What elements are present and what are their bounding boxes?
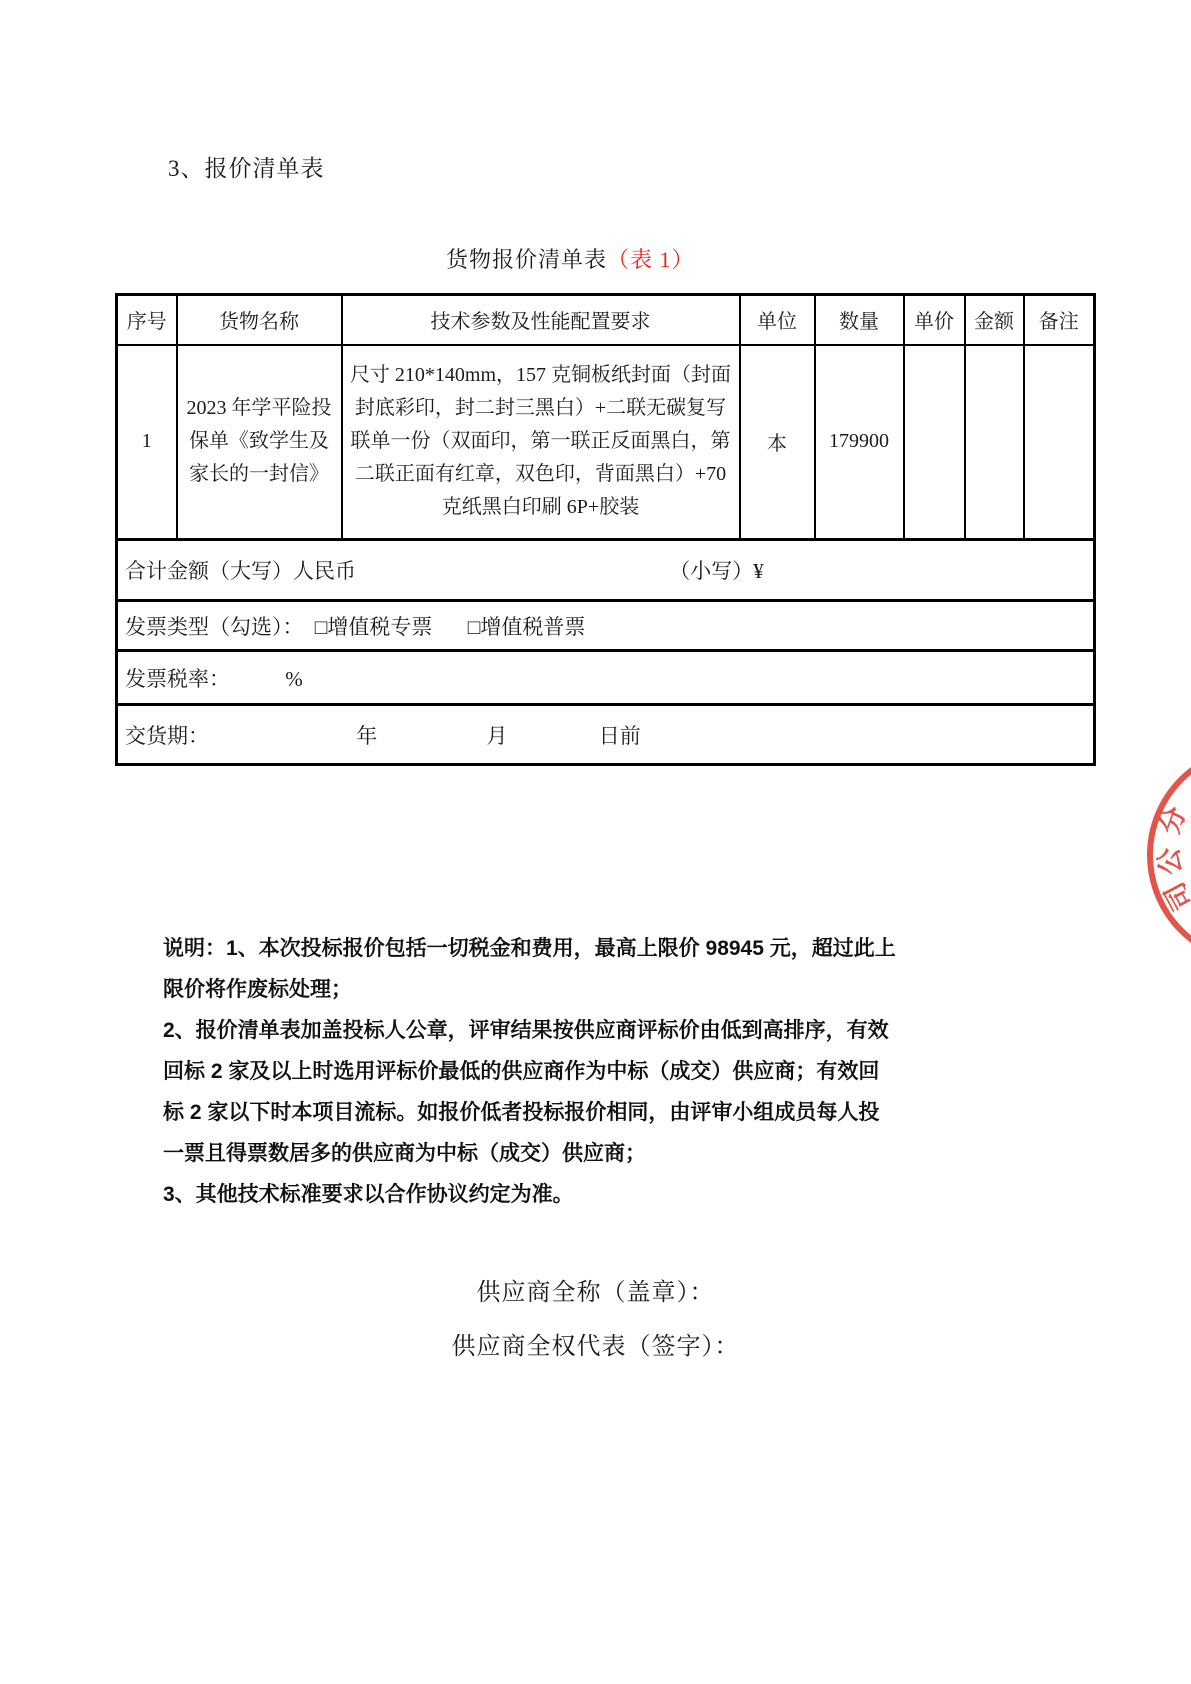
invoice-type-label: 发票类型（勾选）： (125, 615, 304, 639)
notes-line: 2、报价清单表加盖投标人公章，评审结果按供应商评标价由低到高排序，有效 (163, 1010, 1055, 1051)
item-no: 1 (117, 345, 177, 540)
table-title-red-label: （表 1） (607, 247, 695, 272)
notes-line: 一票且得票数居多的供应商为中标（成交）供应商； (163, 1133, 1055, 1174)
section-title: 3、报价清单表 (168, 150, 325, 183)
table-title-text: 货物报价清单表 (446, 247, 607, 272)
item-name: 2023 年学平险投保单《致学生及家长的一封信》 (177, 345, 342, 540)
supplier-representative-signature-line: 供应商全权代表（签字）： (0, 1326, 1191, 1361)
delivery-date-label: 交货期： (125, 724, 209, 748)
item-unit-price (904, 345, 965, 540)
tax-rate-percent-sign: % (285, 667, 303, 691)
delivery-date-row: 交货期： 年 月 日前 (117, 705, 1095, 765)
delivery-month-label: 月 (487, 724, 508, 748)
company-seal-character: 公 (1147, 846, 1189, 877)
notes-paragraph: 说明：1、本次投标报价包括一切税金和费用，最高上限价 98945 元，超过此上 … (163, 928, 1055, 1215)
invoice-type-row: 发票类型（勾选）： □增值税专票 □增值税普票 (117, 601, 1095, 651)
header-cell-unit-price: 单价 (904, 295, 965, 345)
notes-line: 回标 2 家及以上时选用评标价最低的供应商作为中标（成交）供应商；有效回 (163, 1051, 1055, 1092)
item-quantity: 179900 (815, 345, 904, 540)
total-amount-row: 合计金额（大写）人民币 （小写）¥ (117, 540, 1095, 601)
item-amount (965, 345, 1024, 540)
table-title: 货物报价清单表（表 1） (446, 243, 695, 274)
supplier-name-signature-line: 供应商全称（盖章）： (0, 1272, 1191, 1307)
table-header-row: 序号 货物名称 技术参数及性能配置要求 单位 数量 单价 金额 备注 (117, 295, 1095, 345)
header-cell-unit: 单位 (740, 295, 815, 345)
item-row: 1 2023 年学平险投保单《致学生及家长的一封信》 尺寸 210*140mm，… (117, 345, 1095, 540)
item-remark (1024, 345, 1095, 540)
delivery-year-label: 年 (356, 724, 377, 748)
document-page: 3、报价清单表 货物报价清单表（表 1） 序号 货物名称 技术参数及性能配置要求… (0, 0, 1191, 1684)
notes-line: 标 2 家以下时本项目流标。如报价低者投标报价相同，由评审小组成员每人投 (163, 1092, 1055, 1133)
total-amount-words-label: 合计金额（大写）人民币 (125, 559, 356, 583)
item-spec: 尺寸 210*140mm，157 克铜板纸封面（封面封底彩印，封二封三黑白）+二… (342, 345, 740, 540)
quotation-table: 序号 货物名称 技术参数及性能配置要求 单位 数量 单价 金额 备注 1 202… (115, 293, 1096, 766)
invoice-option-special-checkbox: □增值税专票 (315, 615, 433, 639)
tax-rate-row: 发票税率： % (117, 651, 1095, 705)
total-amount-figures-label: （小写）¥ (669, 559, 764, 583)
header-cell-remark: 备注 (1024, 295, 1095, 345)
item-unit: 本 (740, 345, 815, 540)
notes-line: 3、其他技术标准要求以合作协议约定为准。 (163, 1174, 1055, 1215)
tax-rate-label: 发票税率： (125, 667, 230, 691)
notes-line: 说明：1、本次投标报价包括一切税金和费用，最高上限价 98945 元，超过此上 (163, 928, 1055, 969)
invoice-option-general-checkbox: □增值税普票 (468, 615, 586, 639)
delivery-day-label: 日前 (599, 724, 641, 748)
notes-line: 限价将作废标处理； (163, 969, 1055, 1010)
header-cell-name: 货物名称 (177, 295, 342, 345)
header-cell-quantity: 数量 (815, 295, 904, 345)
header-cell-amount: 金额 (965, 295, 1024, 345)
header-cell-no: 序号 (117, 295, 177, 345)
header-cell-spec: 技术参数及性能配置要求 (342, 295, 740, 345)
